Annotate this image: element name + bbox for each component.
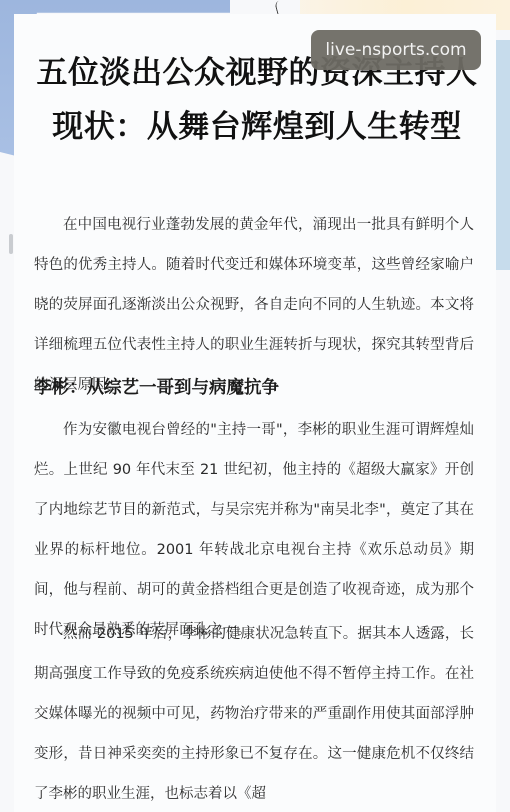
watermark-badge: live-nsports.com <box>311 30 481 70</box>
side-scroll-mark <box>9 234 13 254</box>
section-heading: 李彬：从综艺一哥到与病魔抗争 <box>34 374 474 402</box>
section-paragraph: 然而 2015 年后，李彬的健康状况急转直下。据其本人透露，长期高强度工作导致的… <box>34 614 474 812</box>
background-blue-strip <box>496 40 510 270</box>
